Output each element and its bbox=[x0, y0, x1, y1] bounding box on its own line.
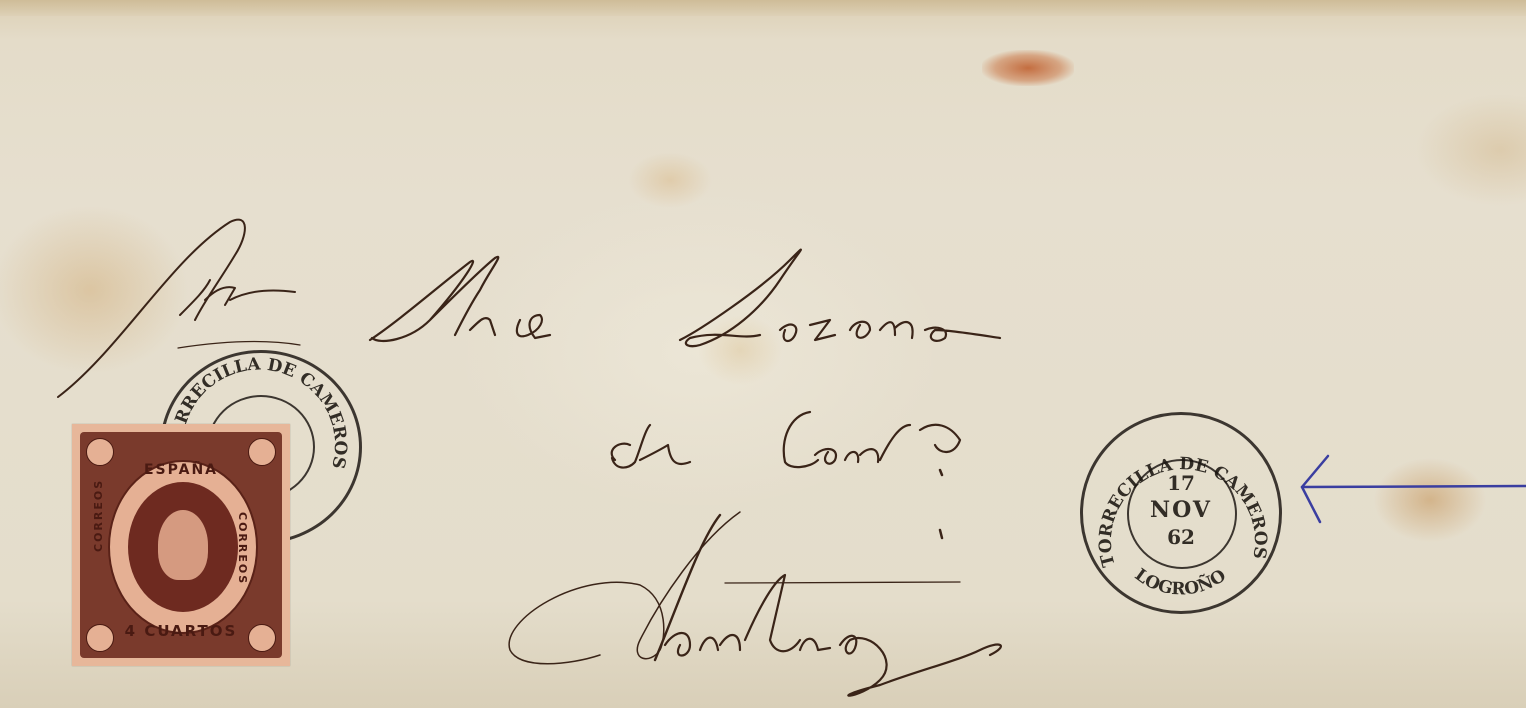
stamp-value: 4 CUARTOS bbox=[80, 622, 282, 640]
postage-stamp: ESPAÑA CORREOS CORREOS 4 CUARTOS bbox=[72, 424, 290, 666]
envelope: Sres Riva Lozano del Cond. Santiago TORR… bbox=[0, 0, 1526, 708]
stamp-right-text: CORREOS bbox=[236, 512, 249, 585]
postmark-year: 62 bbox=[1083, 525, 1279, 549]
stamp-country: ESPAÑA bbox=[80, 462, 282, 478]
blue-arrow-icon bbox=[1290, 450, 1526, 530]
stamp-left-text: CORREOS bbox=[92, 479, 105, 552]
queen-portrait bbox=[128, 482, 238, 612]
postmark-right: TORRECILLA DE CAMEROS LOGROÑO 17 NOV 62 bbox=[1080, 412, 1282, 614]
svg-text:LOGROÑO: LOGROÑO bbox=[1131, 565, 1230, 600]
queen-head-icon bbox=[158, 510, 208, 580]
postmark-day: 17 bbox=[1083, 471, 1279, 495]
postmark-month: NOV bbox=[1083, 497, 1279, 523]
stamp-frame: ESPAÑA CORREOS CORREOS 4 CUARTOS bbox=[80, 432, 282, 658]
